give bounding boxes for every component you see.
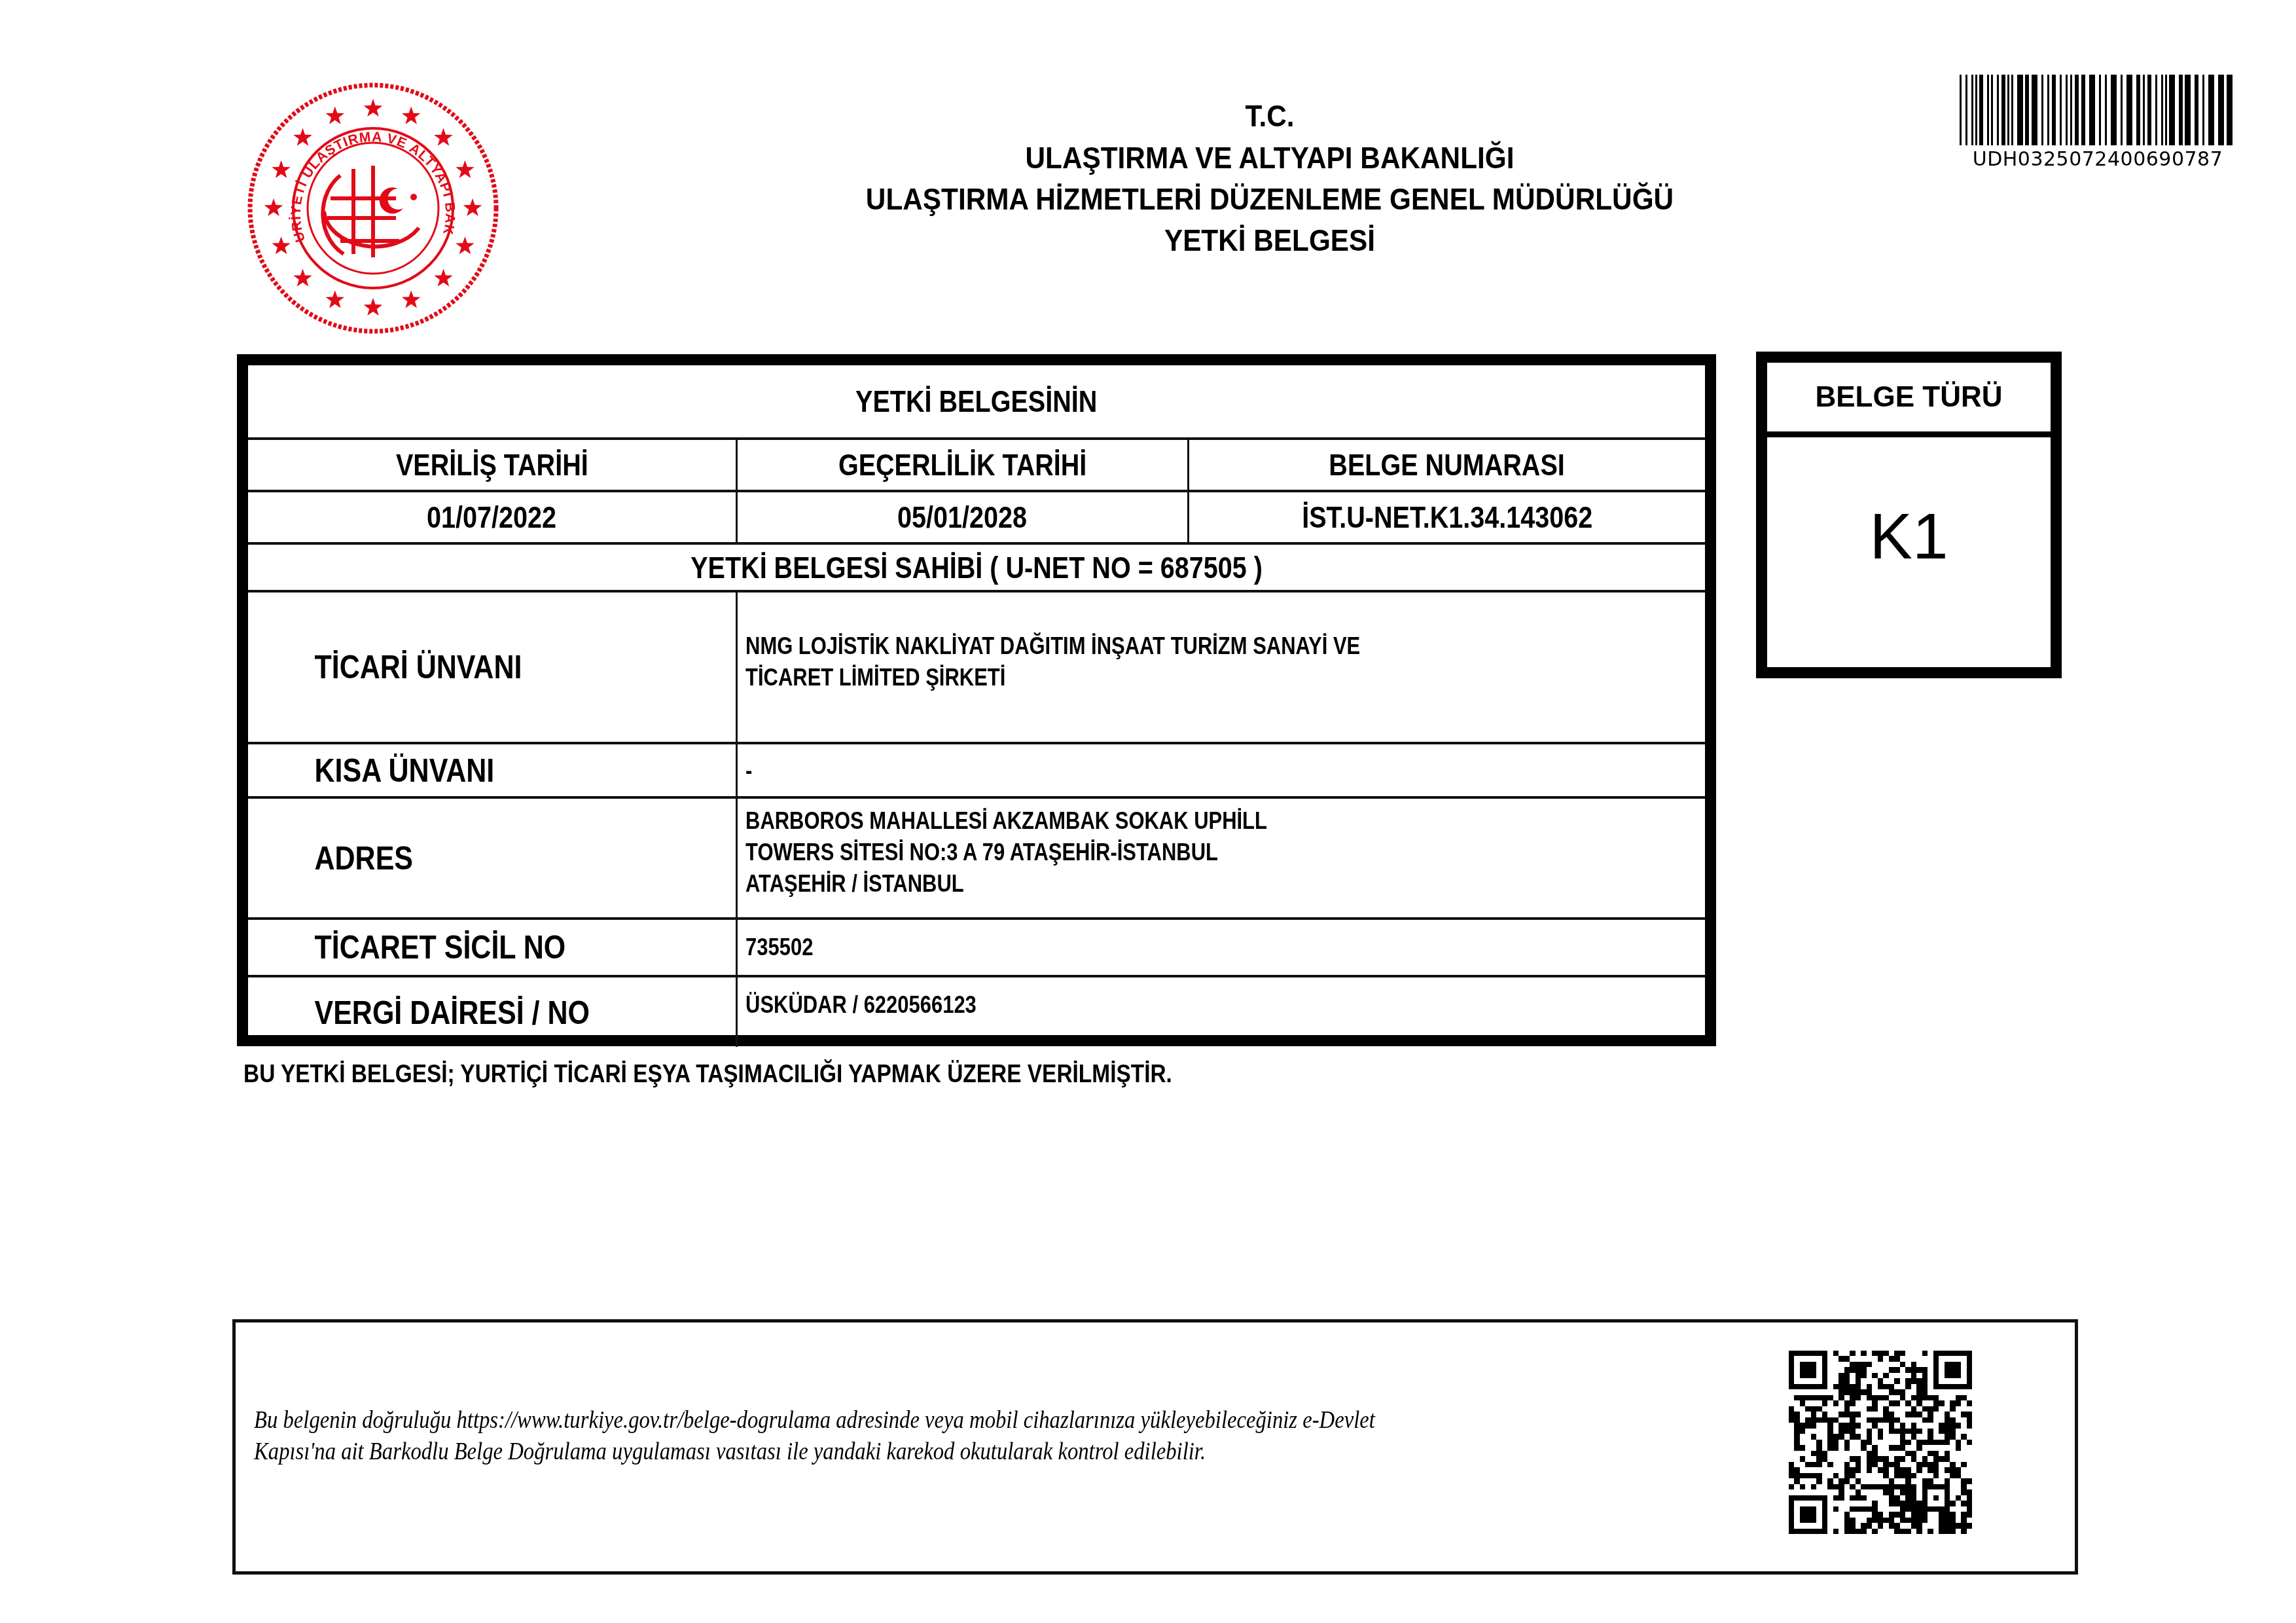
certificate-table: YETKİ BELGESİNİN VERİLİŞ TARİHİ GEÇERLİL… [237, 354, 1716, 1046]
barcode-icon [1960, 75, 2233, 145]
table-row: ADRES BARBOROS MAHALLESİ AKZAMBAK SOKAK … [248, 799, 1705, 920]
ministry-seal-icon: CUMHURİYETİ ULAŞTIRMA VE ALTYAPI BAKANLI… [242, 77, 504, 339]
verification-text: Bu belgenin doğruluğu https://www.turkiy… [254, 1404, 1375, 1467]
certificate-section-title-row: YETKİ BELGESİNİN [248, 365, 1705, 440]
validity-date: 05/01/2028 [897, 500, 1027, 535]
address-value: BARBOROS MAHALLESİ AKZAMBAK SOKAK UPHİLL… [738, 805, 1267, 900]
address-label: ADRES [248, 839, 413, 877]
short-name-value: - [738, 755, 752, 786]
validity-date-header: GEÇERLİLİK TARİHİ [838, 447, 1086, 483]
table-row: KISA ÜNVANI - [248, 744, 1705, 799]
document-type-value: K1 [1767, 437, 2051, 667]
header-directorate: ULAŞTIRMA HİZMETLERİ DÜZENLEME GENEL MÜD… [704, 184, 1836, 214]
trade-registry-value: 735502 [738, 932, 813, 963]
issue-date-header: VERİLİŞ TARİHİ [396, 447, 588, 483]
trade-name-label: TİCARİ ÜNVANI [248, 648, 522, 686]
owner-title-row: YETKİ BELGESİ SAHİBİ ( U-NET NO = 687505… [248, 545, 1705, 593]
table-row: TİCARET SİCİL NO 735502 [248, 920, 1705, 977]
issue-date: 01/07/2022 [427, 500, 556, 535]
certificate-values-row: 01/07/2022 05/01/2028 İST.U-NET.K1.34.14… [248, 492, 1705, 545]
barcode-number: UDH0325072400690787 [1957, 148, 2238, 171]
document-number: İST.U-NET.K1.34.143062 [1302, 500, 1592, 535]
document-type-label: BELGE TÜRÜ [1767, 363, 2051, 437]
document-type-box: BELGE TÜRÜ K1 [1756, 352, 2062, 678]
table-row: VERGİ DAİRESİ / NO ÜSKÜDAR / 6220566123 [248, 977, 1705, 1035]
owner-title: YETKİ BELGESİ SAHİBİ ( U-NET NO = 687505… [691, 550, 1263, 585]
tax-office-label: VERGİ DAİRESİ / NO [248, 994, 590, 1032]
certificate-header-row: VERİLİŞ TARİHİ GEÇERLİLİK TARİHİ BELGE N… [248, 440, 1705, 492]
header-ministry: ULAŞTIRMA VE ALTYAPI BAKANLIĞI [704, 143, 1836, 173]
header-tc: T.C. [704, 101, 1836, 131]
certificate-section-title: YETKİ BELGESİNİN [855, 384, 1097, 419]
trade-registry-label: TİCARET SİCİL NO [248, 928, 565, 966]
document-number-header: BELGE NUMARASI [1329, 447, 1565, 483]
header-document-title: YETKİ BELGESİ [704, 225, 1836, 255]
trade-name-value: NMG LOJİSTİK NAKLİYAT DAĞITIM İNŞAAT TUR… [738, 630, 1360, 693]
qr-code-icon [1789, 1351, 1972, 1534]
tax-office-value: ÜSKÜDAR / 6220566123 [738, 989, 977, 1021]
table-row: TİCARİ ÜNVANI NMG LOJİSTİK NAKLİYAT DAĞI… [248, 593, 1705, 744]
authorization-statement: BU YETKİ BELGESİ; YURTİÇİ TİCARİ EŞYA TA… [243, 1061, 1172, 1089]
short-name-label: KISA ÜNVANI [248, 752, 494, 790]
